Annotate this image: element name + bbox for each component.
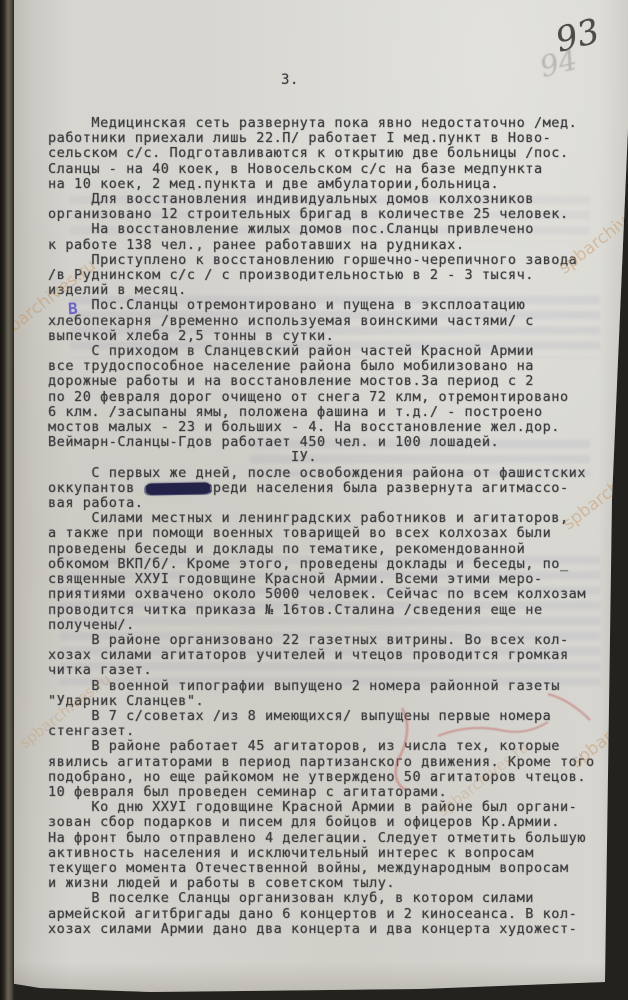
book-binding-edge	[0, 0, 14, 1000]
document-line: 6 клм. /засыпаны ямы, положена фашина и …	[48, 405, 623, 420]
scanned-archive-page: { "page": { "archive_corner_number": "93…	[0, 0, 628, 1000]
document-page: 3. Медицинская сеть развернута пока явно…	[0, 0, 628, 1000]
typed-text-block: Медицинская сеть развернута пока явно не…	[48, 116, 623, 937]
document-line: В районе работает 45 агитаторов, из числ…	[48, 739, 623, 754]
document-line: оккупантов среди населения была разверну…	[48, 481, 623, 496]
document-line: приятиями охвачено около 5000 человек. С…	[48, 587, 623, 602]
document-line: В 7 с/советах /из 8 имеющихся/ выпущены …	[48, 709, 623, 724]
document-line: Для восстановления индивидуальных домов …	[48, 192, 623, 207]
document-line: явились агитаторами в период партизанско…	[48, 755, 623, 770]
document-line: Веймарн-Сланцы-Гдов работает 450 чел. и …	[48, 435, 623, 450]
document-line: зован сбор подарков и писем для бойцов и…	[48, 815, 623, 830]
document-line: по 20 февраля дорог очищено от снега 72 …	[48, 390, 623, 405]
document-line: армейской агитбригады дано 6 концертов и…	[48, 907, 623, 922]
document-line: хозах силами Армии дано два концерта и д…	[48, 922, 623, 937]
document-line: а также при помощи военных товарищей во …	[48, 526, 623, 541]
document-line: мостов малых - 23 и больших - 4. На восс…	[48, 420, 623, 435]
document-line: Сланцы - на 40 коек, в Новосельском с/с …	[48, 162, 623, 177]
document-line: обкомом ВКП/б/. Кроме этого, проведены д…	[48, 557, 623, 572]
document-line: дорожные работы и на восстановление мост…	[48, 374, 623, 389]
document-line: подобрано, но еще райкомом не утверждено…	[48, 770, 623, 785]
document-line: "Ударник Сланцев".	[48, 694, 623, 709]
document-line: вая работа.	[48, 496, 623, 511]
document-line: 10 февраля был проведен семинар с агитат…	[48, 785, 623, 800]
document-line: С первых же дней, после освобождения рай…	[48, 466, 623, 481]
document-line: на 10 коек, 2 мед.пункта и две амбулатор…	[48, 177, 623, 192]
document-line: В районе организовано 22 газетных витрин…	[48, 633, 623, 648]
archive-page-number-faint: 94	[536, 42, 580, 84]
document-line: В военной типографии выпущено 2 номера р…	[48, 679, 623, 694]
document-line: сельском с/с. Подготавливаются к открыти…	[48, 146, 623, 161]
document-line: выпечкой хлеба 2,5 тонны в сутки.	[48, 329, 623, 344]
document-line: В поселке Сланцы организован клуб, в кот…	[48, 891, 623, 906]
document-line: текущего момента Отечественной войны, ме…	[48, 861, 623, 876]
document-line: На фронт было отправлено 4 делегации. Сл…	[48, 831, 623, 846]
document-line: изделий в месяц.	[48, 283, 623, 298]
document-line: проведены беседы и доклады по тематике, …	[48, 542, 623, 557]
document-line: проводится читка приказа № 16тов.Сталина…	[48, 603, 623, 618]
handwritten-insert-letter: В	[68, 299, 79, 318]
document-line: Приступлено к восстановлению горшечно-че…	[48, 253, 623, 268]
document-line: /в Руднинском с/с / с производительность…	[48, 268, 623, 283]
document-line: к работе 138 чел., ранее работавших на р…	[48, 238, 623, 253]
document-line: С приходом в Сланцевский район частей Кр…	[48, 344, 623, 359]
document-line: получены/.	[48, 618, 623, 633]
document-line: хлебопекарня /временно используемая воин…	[48, 314, 623, 329]
document-line: IУ.	[48, 450, 623, 465]
typed-page-number: 3.	[281, 72, 299, 88]
ink-strikethrough-blot	[146, 482, 210, 494]
document-line: активность населения и исключительный ин…	[48, 846, 623, 861]
document-line: На восстановление жилых домов пос.Сланцы…	[48, 222, 623, 237]
document-line: Пос.Сланцы отремонтировано и пущена в эк…	[48, 298, 623, 313]
document-line: Медицинская сеть развернута пока явно не…	[48, 116, 623, 131]
document-line: хозах силами агитаторов учителей и чтецо…	[48, 648, 623, 663]
document-line: читка газет.	[48, 663, 623, 678]
document-line: организовано 12 строительных бригад в ко…	[48, 207, 623, 222]
